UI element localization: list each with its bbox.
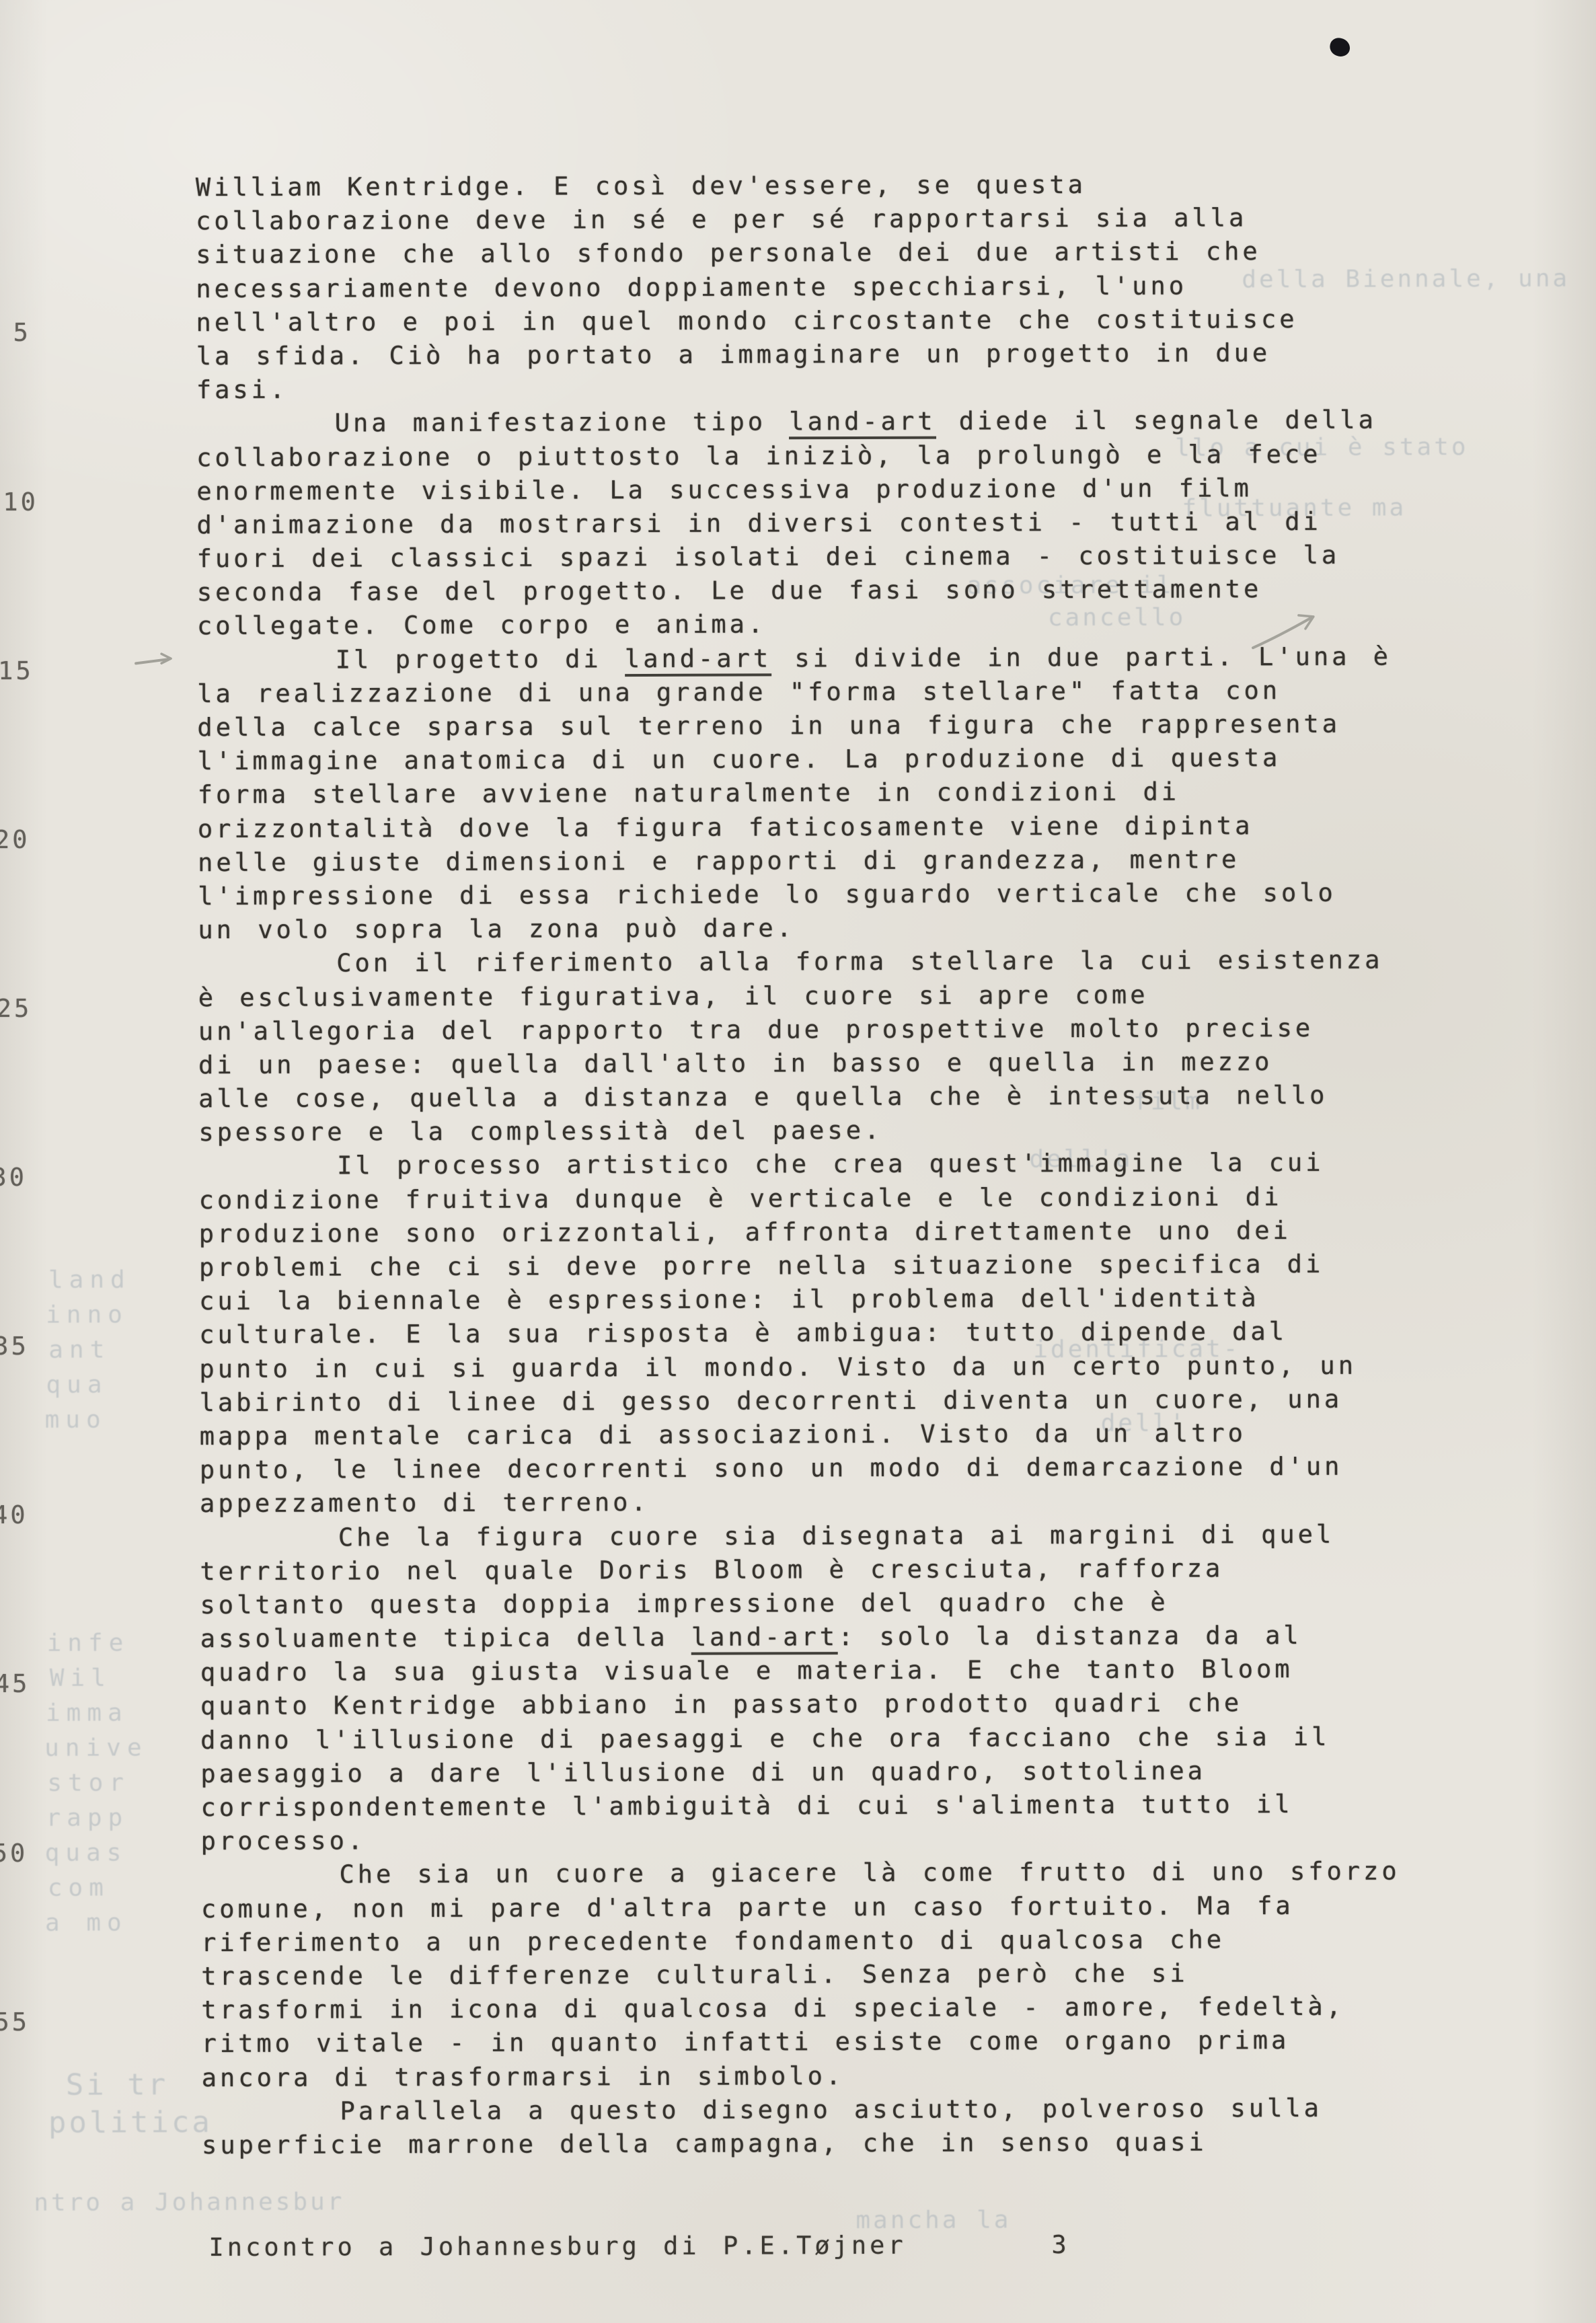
text-line: cui la biennale è espressione: il proble… [199, 1281, 1477, 1318]
text-line: trasformi in icona di qualcosa di specia… [201, 1989, 1479, 2027]
margin-line-number: 35 [0, 1332, 29, 1361]
text-line: Una manifestazione tipo land-art diede i… [196, 403, 1474, 441]
text-line: William Kentridge. E così dev'essere, se… [196, 167, 1474, 204]
text-line: assoluamente tipica della land-art: solo… [200, 1618, 1478, 1656]
text-line: danno l'illusione di paesaggi e che ora … [200, 1720, 1478, 1757]
text-line: soltanto questa doppia impressione del q… [200, 1585, 1478, 1622]
scanned-page: della Biennale, unallo a cui è statoflut… [0, 0, 1596, 2323]
margin-line-number: 40 [0, 1500, 28, 1529]
ghost-text: land [48, 1266, 131, 1293]
text-line: territorio nel quale Doris Bloom è cresc… [200, 1551, 1478, 1589]
text-line: condizione fruitiva dunque è verticale e… [199, 1180, 1477, 1217]
ink-dot [1328, 36, 1352, 59]
ghost-text-layer: della Biennale, unallo a cui è statoflut… [0, 0, 1596, 2]
text-line: un volo sopra la zona può dare. [198, 909, 1476, 947]
margin-line-number: 25 [0, 994, 32, 1023]
text-line: paesaggio a dare l'illusione di un quadr… [200, 1753, 1478, 1791]
text-line: riferimento a un precedente fondamento d… [201, 1922, 1479, 1960]
margin-line-number: 50 [0, 1839, 28, 1868]
ghost-text: politica [48, 2105, 213, 2140]
text-line: labirinto di linee di gesso decorrenti d… [199, 1382, 1477, 1420]
margin-line-number: 5 [13, 318, 30, 347]
ghost-text: stor [47, 1769, 130, 1796]
ghost-text: a mo [45, 1909, 128, 1936]
text-line: comune, non mi pare d'altra parte un cas… [201, 1889, 1479, 1926]
text-line: quadro la sua giusta visuale e materia. … [200, 1652, 1478, 1689]
text-line: la sfida. Ciò ha portato a immaginare un… [196, 336, 1474, 373]
text-line: fasi. [196, 369, 1474, 407]
text-line: punto, le linee decorrenti sono un modo … [200, 1449, 1478, 1487]
text-line: Che sia un cuore a giacere là come frutt… [201, 1854, 1479, 1892]
text-line: Parallela a questo disegno asciutto, pol… [202, 2091, 1480, 2129]
margin-line-number: 20 [0, 825, 30, 854]
text-line: della calce sparsa sul terreno in una fi… [197, 707, 1475, 745]
margin-line-numbers: 510152025303540455055 [0, 0, 1596, 2]
text-line: trascende le differenze culturali. Senza… [201, 1956, 1479, 1993]
pencil-arrow-icon [133, 648, 180, 673]
text-line: culturale. E la sua risposta è ambigua: … [199, 1314, 1477, 1352]
text-line: processo. [201, 1821, 1479, 1858]
text-line: forma stellare avviene naturalmente in c… [198, 774, 1476, 812]
text-line: superficie marrone della campagna, che i… [202, 2125, 1480, 2162]
text-line: Che la figura cuore sia disegnata ai mar… [200, 1517, 1478, 1555]
text-line: orizzontalità dove la figura faticosamen… [198, 808, 1476, 846]
ghost-text: mancha la [856, 2206, 1011, 2234]
text-line: quanto Kentridge abbiano in passato prod… [200, 1686, 1478, 1724]
margin-line-number: 45 [0, 1669, 30, 1698]
text-line: produzione sono orizzontali, affronta di… [199, 1213, 1477, 1251]
text-line: ritmo vitale - in quanto infatti esiste … [201, 2023, 1479, 2061]
ghost-text: inno [46, 1301, 128, 1328]
ghost-text: qua [46, 1371, 108, 1398]
ghost-text: ant [48, 1336, 110, 1363]
text-line: appezzamento di terreno. [200, 1483, 1478, 1521]
ghost-text: imma [46, 1699, 128, 1726]
text-block: William Kentridge. E così dev'essere, se… [196, 167, 1480, 2162]
text-line: ancora di trasformarsi in simbolo. [202, 2057, 1480, 2095]
text-line: punto in cui si guarda il mondo. Visto d… [199, 1348, 1477, 1386]
margin-line-number: 10 [3, 488, 38, 517]
footer-page-number: 3 [1051, 2230, 1069, 2259]
text-line: l'impressione di essa richiede lo sguard… [198, 876, 1476, 913]
ghost-text: Si tr [66, 2067, 169, 2102]
text-line: la realizzazione di una grande "forma st… [197, 673, 1475, 711]
underlined-term: land-art [789, 407, 936, 440]
ghost-text: muo [45, 1406, 107, 1433]
ghost-text: infe [47, 1629, 130, 1656]
footer-title: Incontro a Johannesburg di P.E.Tøjner [208, 2231, 906, 2262]
text-line: l'immagine anatomica di un cuore. La pro… [197, 740, 1475, 778]
text-line: spessore e la complessità del paese. [198, 1112, 1476, 1149]
margin-line-number: 30 [0, 1163, 27, 1192]
ghost-text: com [48, 1874, 110, 1901]
text-line: fuori dei classici spazi isolati dei cin… [197, 538, 1475, 576]
text-line: d'animazione da mostrarsi in diversi con… [196, 504, 1474, 542]
ghost-text: ntro a Johannesbur [34, 2188, 344, 2216]
text-line: necessariamente devono doppiamente specc… [196, 268, 1474, 306]
text-line: alle cose, quella a distanza e quella ch… [198, 1078, 1476, 1116]
text-line: di un paese: quella dall'alto in basso e… [198, 1044, 1476, 1082]
text-line: situazione che allo sfondo personale dei… [196, 234, 1474, 272]
ghost-text: quas [45, 1839, 128, 1866]
text-line: nell'altro e poi in quel mondo circostan… [196, 302, 1474, 340]
text-line: collaborazione o piuttosto la iniziò, la… [196, 437, 1474, 475]
underlined-term: land-art [625, 644, 771, 677]
text-line: un'allegoria del rapporto tra due prospe… [198, 1011, 1476, 1049]
text-line: è esclusivamente figurativa, il cuore si… [198, 977, 1476, 1015]
ghost-text: Wil [50, 1664, 112, 1691]
ghost-text: rapp [46, 1804, 128, 1831]
text-line: problemi che ci si deve porre nella situ… [199, 1247, 1477, 1285]
text-line: enormemente visibile. La successiva prod… [196, 471, 1474, 508]
text-line: mappa mentale carica di associazioni. Vi… [200, 1416, 1478, 1453]
margin-line-number: 55 [0, 2008, 30, 2036]
text-line: Con il riferimento alla forma stellare l… [198, 943, 1476, 981]
text-line: Il processo artistico che crea quest'imm… [198, 1146, 1476, 1184]
text-line: corrispondentemente l'ambiguità di cui s… [200, 1787, 1478, 1825]
text-line: collaborazione deve in sé e per sé rappo… [196, 200, 1474, 238]
underlined-term: land-art [691, 1622, 838, 1655]
ghost-text: unive [44, 1734, 148, 1761]
margin-line-number: 15 [0, 656, 34, 685]
text-line: nelle giuste dimensioni e rapporti di gr… [198, 842, 1476, 880]
pencil-mark-icon [1246, 603, 1327, 657]
